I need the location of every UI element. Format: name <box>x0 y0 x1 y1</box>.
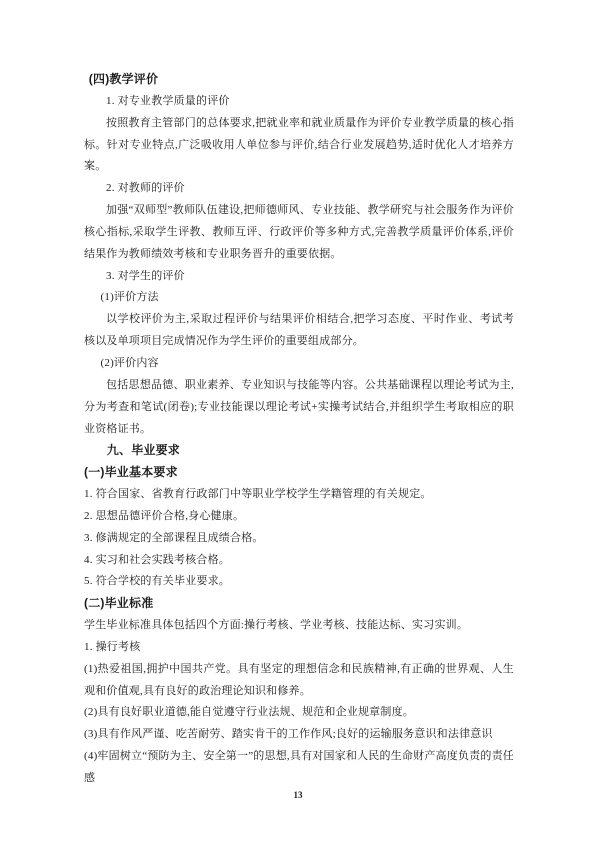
sub-item: (2)评价内容 <box>84 353 514 375</box>
body-paragraph: 按照教育主管部门的总体要求,把就业率和就业质量作为评价专业教学质量的核心指标。针… <box>84 113 514 179</box>
list-item: 5. 符合学校的有关毕业要求。 <box>84 571 514 593</box>
sub-heading-graduation-standards: (二)毕业标准 <box>84 593 514 615</box>
list-item: 1. 符合国家、省教育行政部门中等职业学校学生学籍管理的有关规定。 <box>84 484 514 506</box>
document-body: (四)教学评价 1. 对专业教学质量的评价 按照教育主管部门的总体要求,把就业率… <box>84 69 514 790</box>
list-item: 4. 实习和社会实践考核合格。 <box>84 550 514 572</box>
section-heading-teaching-evaluation: (四)教学评价 <box>84 69 514 91</box>
page-number: 13 <box>0 790 596 800</box>
list-item: (2)具有良好职业道德,能自觉遵守行业法规、规范和企业规章制度。 <box>84 702 514 724</box>
list-item: 2. 思想品德评价合格,身心健康。 <box>84 506 514 528</box>
sub-item: (1)评价方法 <box>84 287 514 309</box>
list-paragraph: (3)具有作风严谨、吃苦耐劳、踏实肯干的工作作风;良好的运输服务意识和法律意识 <box>84 724 514 746</box>
body-paragraph: 以学校评价为主,采取过程评价与结果评价相结合,把学习态度、平时作业、考试考核以及… <box>84 309 514 353</box>
list-paragraph: (4)牢固树立“预防为主、安全第一”的思想,具有对国家和人民的生命财产高度负责的… <box>84 746 514 790</box>
numbered-item: 1. 对专业教学质量的评价 <box>84 91 514 113</box>
numbered-item: 3. 对学生的评价 <box>84 266 514 288</box>
sub-heading-basic-requirements: (一)毕业基本要求 <box>84 462 514 484</box>
list-item: 3. 修满规定的全部课程且成绩合格。 <box>84 528 514 550</box>
body-paragraph: 包括思想品德、职业素养、专业知识与技能等内容。公共基础课程以理论考试为主,分为考… <box>84 375 514 441</box>
chapter-heading-graduation-requirements: 九、毕业要求 <box>84 440 514 462</box>
list-item: 1. 操行考核 <box>84 637 514 659</box>
numbered-item: 2. 对教师的评价 <box>84 178 514 200</box>
document-page: (四)教学评价 1. 对专业教学质量的评价 按照教育主管部门的总体要求,把就业率… <box>0 0 596 845</box>
list-item: 学生毕业标准具体包括四个方面:操行考核、学业考核、技能达标、实习实训。 <box>84 615 514 637</box>
body-paragraph: 加强“双师型”教师队伍建设,把师德师风、专业技能、教学研究与社会服务作为评价核心… <box>84 200 514 266</box>
list-paragraph: (1)热爱祖国,拥护中国共产党。具有坚定的理想信念和民族精神,有正确的世界观、人… <box>84 659 514 703</box>
